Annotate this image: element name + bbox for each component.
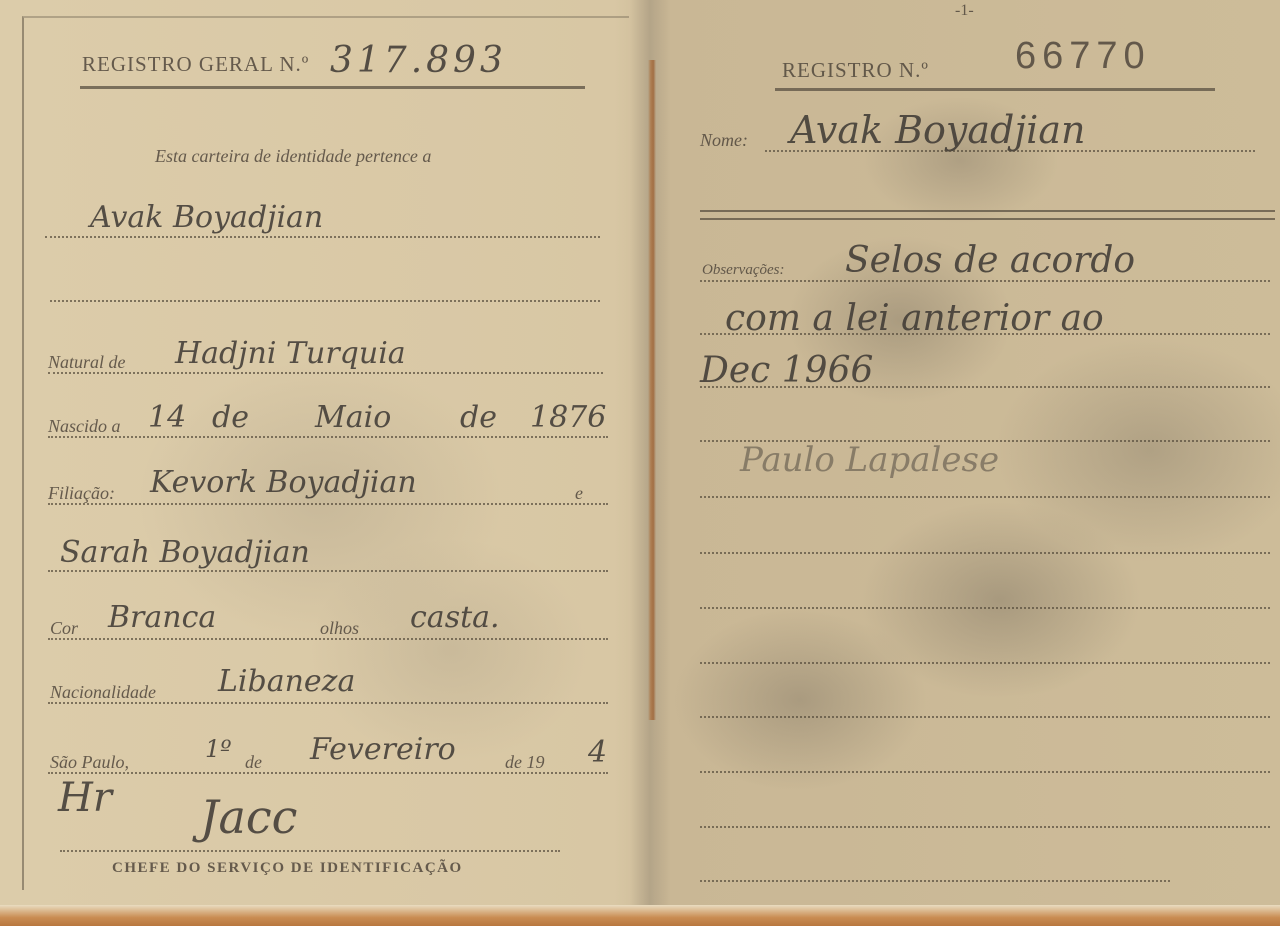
obs-line-4: [700, 440, 1270, 442]
right-header-rule: [775, 88, 1215, 91]
chief-signature: Jacc: [200, 790, 297, 844]
obs-line-2: [700, 333, 1270, 335]
issue-month: Fevereiro: [310, 732, 456, 767]
right-rule-2: [700, 218, 1275, 220]
obs-line-1: [700, 280, 1270, 282]
birth-line: [48, 436, 608, 438]
observacao-line-3: Dec 1966: [700, 350, 873, 391]
filiacao-label: Filiação:: [48, 483, 115, 504]
nascido-label: Nascido a: [48, 416, 121, 437]
obs-line-3: [700, 386, 1270, 388]
obs-line-8: [700, 662, 1270, 664]
obs-line-12: [700, 880, 1170, 882]
registro-number: 66770: [1015, 35, 1151, 78]
birth-day: 14: [148, 400, 186, 435]
name-line-2: [50, 300, 600, 302]
cor-line: [48, 638, 608, 640]
header-rule: [80, 86, 585, 89]
father-line: [48, 503, 608, 505]
olhos-label: olhos: [320, 618, 359, 639]
registro-geral-label: REGISTRO GERAL N.º: [82, 52, 309, 77]
filiacao-conjunction: e: [575, 483, 583, 504]
signature-line: [60, 850, 560, 852]
official-signature: Paulo Lapalese: [740, 440, 999, 480]
nome-line: [765, 150, 1255, 152]
holder-name: Avak Boyadjian: [90, 200, 323, 235]
obs-line-7: [700, 607, 1270, 609]
natural-line: [48, 372, 603, 374]
left-page: REGISTRO GERAL N.º 317.893 Esta carteira…: [0, 0, 650, 926]
obs-line-6: [700, 552, 1270, 554]
place-label: São Paulo,: [50, 752, 129, 773]
birth-month: Maio: [315, 400, 391, 435]
birth-year: 1876: [530, 400, 606, 435]
observacoes-label: Observações:: [702, 262, 784, 279]
birth-de-1: de: [212, 400, 249, 435]
mother-name: Sarah Boyadjian: [60, 535, 310, 570]
mother-line: [48, 570, 608, 572]
right-top-mark: -1-: [955, 2, 974, 20]
father-name: Kevork Boyadjian: [150, 465, 417, 500]
nacionalidade-value: Libaneza: [218, 664, 355, 699]
issue-de-2: de 19: [505, 752, 545, 773]
obs-line-5: [700, 496, 1270, 498]
signature-initials: Hr: [58, 775, 112, 821]
obs-line-9: [700, 716, 1270, 718]
nome-value: Avak Boyadjian: [790, 108, 1085, 152]
obs-line-10: [700, 771, 1270, 773]
name-line: [45, 236, 600, 238]
nacionalidade-label: Nacionalidade: [50, 682, 156, 703]
natural-de-label: Natural de: [48, 352, 126, 373]
registro-label: REGISTRO N.º: [782, 58, 929, 83]
cor-label: Cor: [50, 618, 78, 639]
bottom-edge-wear: [0, 905, 1280, 926]
belongs-to-label: Esta carteira de identidade pertence a: [155, 146, 431, 167]
footer-label: CHEFE DO SERVIÇO DE IDENTIFICAÇÃO: [112, 860, 463, 877]
nacionalidade-line: [48, 702, 608, 704]
nome-label: Nome:: [700, 130, 748, 151]
cor-value: Branca: [108, 600, 216, 635]
issue-year-suffix: 4: [588, 735, 607, 770]
issue-day: 1º: [205, 735, 232, 763]
issue-de-1: de: [245, 752, 262, 773]
date-line: [48, 772, 608, 774]
right-rule-1: [700, 210, 1275, 212]
identity-card: REGISTRO GERAL N.º 317.893 Esta carteira…: [0, 0, 1280, 926]
observacao-line-1: Selos de acordo: [845, 240, 1135, 281]
olhos-value: casta.: [410, 600, 500, 635]
natural-de-value: Hadjni Turquia: [175, 336, 406, 371]
registro-geral-number: 317.893: [330, 40, 507, 81]
birth-de-2: de: [460, 400, 497, 435]
obs-line-11: [700, 826, 1270, 828]
